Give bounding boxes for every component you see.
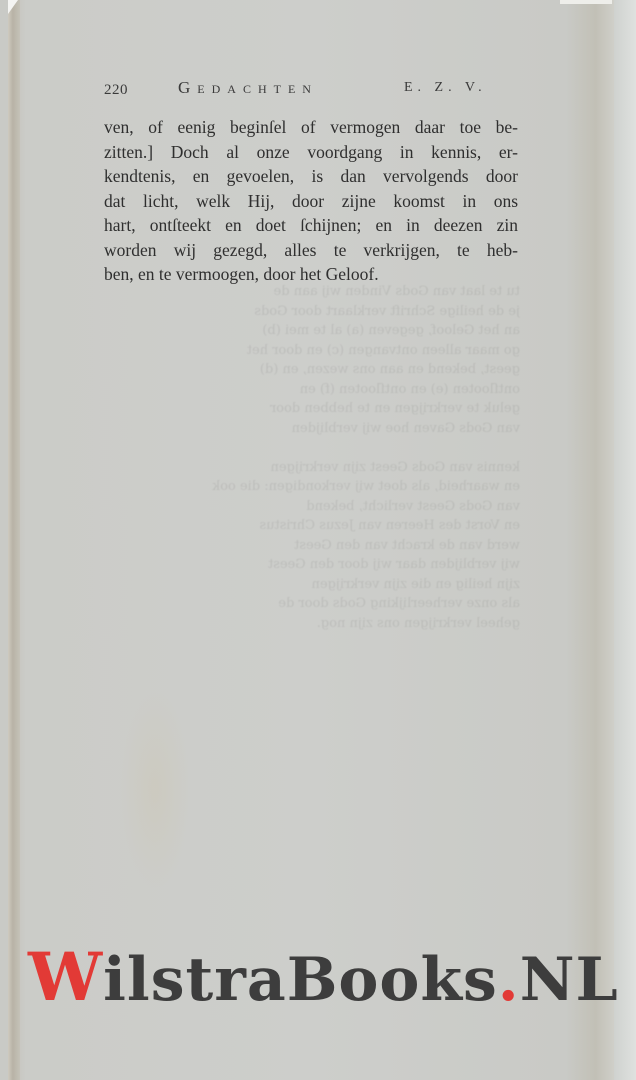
- paper-stain: [120, 690, 190, 890]
- watermark-initial: W: [28, 938, 103, 1016]
- watermark-name: ilstraBooks: [103, 945, 498, 1015]
- text-line: dat licht, welk Hij, door zijne koomst i…: [104, 189, 518, 214]
- watermark-dot: .: [498, 945, 520, 1015]
- text-line: hart, ontſteekt en doet ſchijnen; en in …: [104, 213, 518, 238]
- page-corner-right: [560, 0, 612, 4]
- running-title: Gedachten: [178, 78, 318, 98]
- running-title-suffix: E. Z. V.: [404, 80, 487, 96]
- reverse-side-showthrough: tu te laat van Gods Vinden wij aan de je…: [100, 282, 520, 682]
- background-surface: [614, 0, 636, 1080]
- page-gutter-edge: [8, 0, 20, 1080]
- watermark-logo: WilstraBooks.NL: [28, 942, 619, 1012]
- text-line: ven, of eenig beginſel of vermogen daar …: [104, 115, 518, 140]
- text-line: zitten.] Doch al onze voordgang in kenni…: [104, 140, 518, 165]
- text-line: ben, en te vermoogen, door het Geloof.: [104, 262, 518, 287]
- running-header: 220 Gedachten E. Z. V.: [104, 78, 524, 102]
- text-line: worden wij gezegd, alles te verkrijgen, …: [104, 238, 518, 263]
- watermark-tld: NL: [520, 945, 619, 1015]
- text-line: kendtenis, en gevoelen, is dan vervolgen…: [104, 164, 518, 189]
- page-number: 220: [104, 82, 128, 99]
- body-text: ven, of eenig beginſel of vermogen daar …: [104, 115, 518, 287]
- page-corner: [8, 0, 18, 14]
